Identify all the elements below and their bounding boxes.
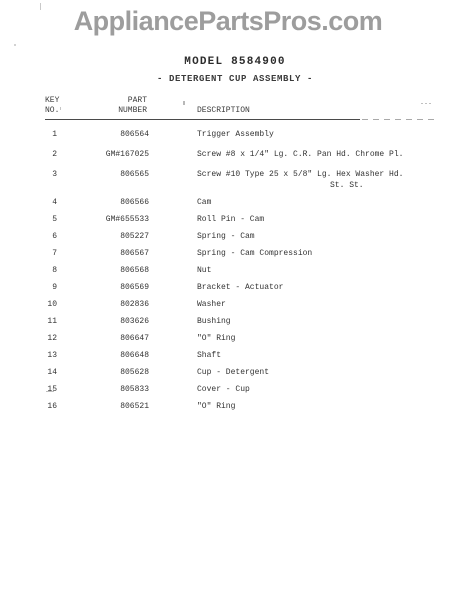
description-line: Bushing — [197, 317, 440, 326]
header-divider-faint — [362, 119, 438, 120]
part-number-cell: 806567 — [65, 249, 165, 258]
header-description-label: DESCRIPTION — [197, 106, 440, 116]
key-cell: 5 — [45, 215, 65, 224]
description-line: Screw #10 Type 25 x 5/8" Lg. Hex Washer … — [197, 170, 440, 179]
part-number-cell: 805628 — [65, 368, 165, 377]
description-line: Washer — [197, 300, 440, 309]
description-cell: Trigger Assembly — [165, 130, 440, 139]
description-cell: Cam — [165, 198, 440, 207]
description-line: Roll Pin - Cam — [197, 215, 440, 224]
table-header-row: KEY NO. PART NUMBER DESCRIPTION — [45, 96, 440, 116]
key-cell: 13 — [45, 351, 65, 360]
table-row: 4 806566 Cam — [45, 198, 440, 207]
key-cell: 11 — [45, 317, 65, 326]
description-line: Nut — [197, 266, 440, 275]
scan-artifact — [183, 101, 185, 105]
description-line: Shaft — [197, 351, 440, 360]
table-row: 5 GM#655533 Roll Pin - Cam — [45, 215, 440, 224]
table-row: 10 802836 Washer — [45, 300, 440, 309]
part-number-cell: 803626 — [65, 317, 165, 326]
table-row: 14 805628 Cup - Detergent — [45, 368, 440, 377]
part-number-cell: 802836 — [65, 300, 165, 309]
table-row: 13 806648 Shaft — [45, 351, 440, 360]
description-line: Spring - Cam — [197, 232, 440, 241]
part-number-cell: 805227 — [65, 232, 165, 241]
header-key-line2: NO. — [45, 106, 65, 116]
key-cell: 7 — [45, 249, 65, 258]
description-line: "O" Ring — [197, 402, 440, 411]
description-line: "O" Ring — [197, 334, 440, 343]
scanned-parts-document: AppliancePartsPros.com MODEL 8584900 - D… — [0, 0, 473, 600]
key-cell: 14 — [45, 368, 65, 377]
header-part-line1: PART — [65, 96, 147, 106]
scan-artifact — [46, 391, 54, 392]
description-cell: Shaft — [165, 351, 440, 360]
parts-rows: 1 806564 Trigger Assembly 2 GM#167025 Sc… — [45, 130, 440, 411]
header-part-line2: NUMBER — [65, 106, 147, 116]
table-row: 7 806567 Spring - Cam Compression — [45, 249, 440, 258]
description-cell: Spring - Cam — [165, 232, 440, 241]
part-number-cell: 805833 — [65, 385, 165, 394]
part-number-cell: 806568 — [65, 266, 165, 275]
description-line: Cup - Detergent — [197, 368, 440, 377]
table-row: 3 806565 Screw #10 Type 25 x 5/8" Lg. He… — [45, 170, 440, 190]
description-cell: "O" Ring — [165, 402, 440, 411]
scan-artifact — [421, 103, 431, 104]
key-cell: 8 — [45, 266, 65, 275]
description-cell: Washer — [165, 300, 440, 309]
scan-artifact — [40, 3, 41, 10]
table-row: 6 805227 Spring - Cam — [45, 232, 440, 241]
description-line: Screw #8 x 1/4" Lg. C.R. Pan Hd. Chrome … — [197, 150, 440, 159]
description-line: Trigger Assembly — [197, 130, 440, 139]
part-number-cell: 806647 — [65, 334, 165, 343]
part-number-cell: GM#167025 — [65, 150, 165, 159]
appliancepartspros-logo: AppliancePartsPros.com — [0, 6, 456, 37]
part-number-cell: 806648 — [65, 351, 165, 360]
header-key-line1: KEY — [45, 96, 65, 106]
part-number-cell: 806566 — [65, 198, 165, 207]
description-cell: Nut — [165, 266, 440, 275]
header-key-no: KEY NO. — [45, 96, 65, 116]
key-cell: 15 — [45, 385, 65, 394]
table-row: 12 806647 "O" Ring — [45, 334, 440, 343]
key-cell: 1 — [45, 130, 65, 139]
key-cell: 2 — [45, 150, 65, 159]
key-cell: 16 — [45, 402, 65, 411]
header-part-number: PART NUMBER — [65, 96, 165, 116]
table-row: 15 805833 Cover - Cup — [45, 385, 440, 394]
key-cell: 4 — [45, 198, 65, 207]
table-row: 11 803626 Bushing — [45, 317, 440, 326]
description-cell: Bracket - Actuator — [165, 283, 440, 292]
description-line: Spring - Cam Compression — [197, 249, 440, 258]
header-description: DESCRIPTION — [165, 96, 440, 116]
description-cell: Screw #8 x 1/4" Lg. C.R. Pan Hd. Chrome … — [165, 150, 440, 159]
part-number-cell: 806564 — [65, 130, 165, 139]
parts-table: KEY NO. PART NUMBER DESCRIPTION 1 806564… — [45, 96, 440, 419]
table-row: 9 806569 Bracket - Actuator — [45, 283, 440, 292]
description-cell: Bushing — [165, 317, 440, 326]
description-line: Cam — [197, 198, 440, 207]
header-divider-solid — [45, 119, 360, 120]
table-row: 2 GM#167025 Screw #8 x 1/4" Lg. C.R. Pan… — [45, 150, 440, 159]
description-cell: Cup - Detergent — [165, 368, 440, 377]
scan-artifact — [14, 44, 16, 46]
key-cell: 9 — [45, 283, 65, 292]
model-title: MODEL 8584900 — [0, 56, 470, 68]
key-cell: 3 — [45, 170, 65, 190]
scan-artifact — [60, 107, 61, 110]
description-cell: Spring - Cam Compression — [165, 249, 440, 258]
description-line: Cover - Cup — [197, 385, 440, 394]
key-cell: 12 — [45, 334, 65, 343]
part-number-cell: 806565 — [65, 170, 165, 190]
description-cell: Cover - Cup — [165, 385, 440, 394]
key-cell: 10 — [45, 300, 65, 309]
table-row: 1 806564 Trigger Assembly — [45, 130, 440, 139]
description-continuation: St. St. — [330, 181, 440, 190]
description-line: Bracket - Actuator — [197, 283, 440, 292]
description-cell: "O" Ring — [165, 334, 440, 343]
assembly-subtitle: - DETERGENT CUP ASSEMBLY - — [0, 74, 470, 84]
key-cell: 6 — [45, 232, 65, 241]
part-number-cell: GM#655533 — [65, 215, 165, 224]
table-row: 8 806568 Nut — [45, 266, 440, 275]
header-divider — [45, 118, 440, 121]
description-cell: Roll Pin - Cam — [165, 215, 440, 224]
table-row: 16 806521 "O" Ring — [45, 402, 440, 411]
description-cell: Screw #10 Type 25 x 5/8" Lg. Hex Washer … — [165, 170, 440, 190]
part-number-cell: 806521 — [65, 402, 165, 411]
part-number-cell: 806569 — [65, 283, 165, 292]
